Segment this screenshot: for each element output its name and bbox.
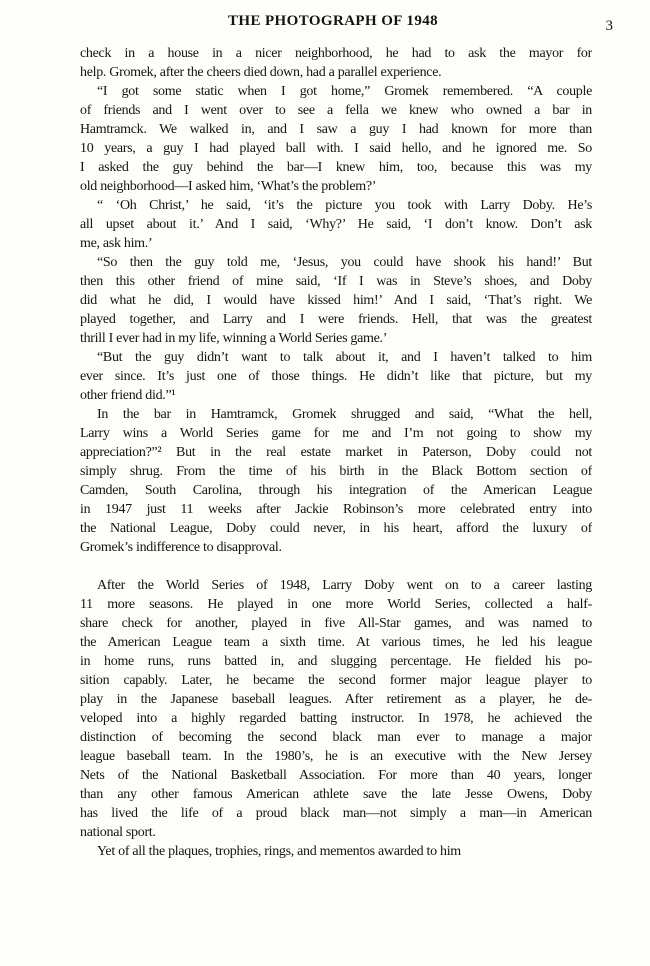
text-line: help. Gromek, after the cheers died down…	[80, 63, 592, 82]
text-line: the National League, Doby could never, i…	[80, 519, 592, 538]
text-line: appreciation?”² But in the real estate m…	[80, 443, 592, 462]
text-line: national sport.	[80, 823, 592, 842]
text-line: ever since. It’s just one of those thing…	[80, 367, 592, 386]
text-line: “So then the guy told me, ‘Jesus, you co…	[80, 253, 592, 272]
paragraph: After the World Series of 1948, Larry Do…	[80, 576, 592, 842]
paragraph: “I got some static when I got home,” Gro…	[80, 82, 592, 196]
text-line: After the World Series of 1948, Larry Do…	[80, 576, 592, 595]
text-line: the American League team a sixth time. A…	[80, 633, 592, 652]
text-line: distinction of becoming the second black…	[80, 728, 592, 747]
text-line: “I got some static when I got home,” Gro…	[80, 82, 592, 101]
paragraph: In the bar in Hamtramck, Gromek shrugged…	[80, 405, 592, 557]
text-line: Yet of all the plaques, trophies, rings,…	[80, 842, 592, 861]
text-line: thrill I ever had in my life, winning a …	[80, 329, 592, 348]
text-line: did what he did, I would have kissed him…	[80, 291, 592, 310]
text-line: in home runs, runs batted in, and sluggi…	[80, 652, 592, 671]
text-line: 11 more seasons. He played in one more W…	[80, 595, 592, 614]
paragraph: Yet of all the plaques, trophies, rings,…	[80, 842, 592, 861]
paragraph: “But the guy didn’t want to talk about i…	[80, 348, 592, 405]
text-line: Hamtramck. We walked in, and I saw a guy…	[80, 120, 592, 139]
text-line: Camden, South Carolina, through his inte…	[80, 481, 592, 500]
running-head-title: THE PHOTOGRAPH OF 1948	[8, 13, 650, 30]
text-line: “But the guy didn’t want to talk about i…	[80, 348, 592, 367]
running-head: THE PHOTOGRAPH OF 1948 3	[0, 13, 650, 35]
paragraph: “ ‘Oh Christ,’ he said, ‘it’s the pictur…	[80, 196, 592, 253]
text-line: sition capably. Later, he became the sec…	[80, 671, 592, 690]
text-line: In the bar in Hamtramck, Gromek shrugged…	[80, 405, 592, 424]
paragraph: check in a house in a nicer neighborhood…	[80, 44, 592, 82]
text-line: old neighborhood—I asked him, ‘What’s th…	[80, 177, 592, 196]
text-line: Nets of the National Basketball Associat…	[80, 766, 592, 785]
text-line: simply shrug. From the time of his birth…	[80, 462, 592, 481]
text-line: I asked the guy behind the bar—I knew hi…	[80, 158, 592, 177]
text-line: share check for another, played in five …	[80, 614, 592, 633]
text-line: play in the Japanese baseball leagues. A…	[80, 690, 592, 709]
text-line: Gromek’s indifference to disapproval.	[80, 538, 592, 557]
text-line: 10 years, a guy I had played ball with. …	[80, 139, 592, 158]
book-page: THE PHOTOGRAPH OF 1948 3 check in a hous…	[0, 0, 650, 966]
text-line: veloped into a highly regarded batting i…	[80, 709, 592, 728]
text-line: me, ask him.’	[80, 234, 592, 253]
text-line: of friends and I went over to see a fell…	[80, 101, 592, 120]
body-text: check in a house in a nicer neighborhood…	[80, 44, 592, 861]
text-line: than any other famous American athlete s…	[80, 785, 592, 804]
text-line: “ ‘Oh Christ,’ he said, ‘it’s the pictur…	[80, 196, 592, 215]
text-line: Larry wins a World Series game for me an…	[80, 424, 592, 443]
text-line: played together, and Larry and I were fr…	[80, 310, 592, 329]
page-number: 3	[606, 18, 614, 35]
text-line: then this other friend of mine said, ‘If…	[80, 272, 592, 291]
paragraph: “So then the guy told me, ‘Jesus, you co…	[80, 253, 592, 348]
text-line: league baseball team. In the 1980’s, he …	[80, 747, 592, 766]
text-line: other friend did.”¹	[80, 386, 592, 405]
text-line: check in a house in a nicer neighborhood…	[80, 44, 592, 63]
text-line: has lived the life of a proud black man—…	[80, 804, 592, 823]
text-line: all upset about it.’ And I said, ‘Why?’ …	[80, 215, 592, 234]
text-line: in 1947 just 11 weeks after Jackie Robin…	[80, 500, 592, 519]
